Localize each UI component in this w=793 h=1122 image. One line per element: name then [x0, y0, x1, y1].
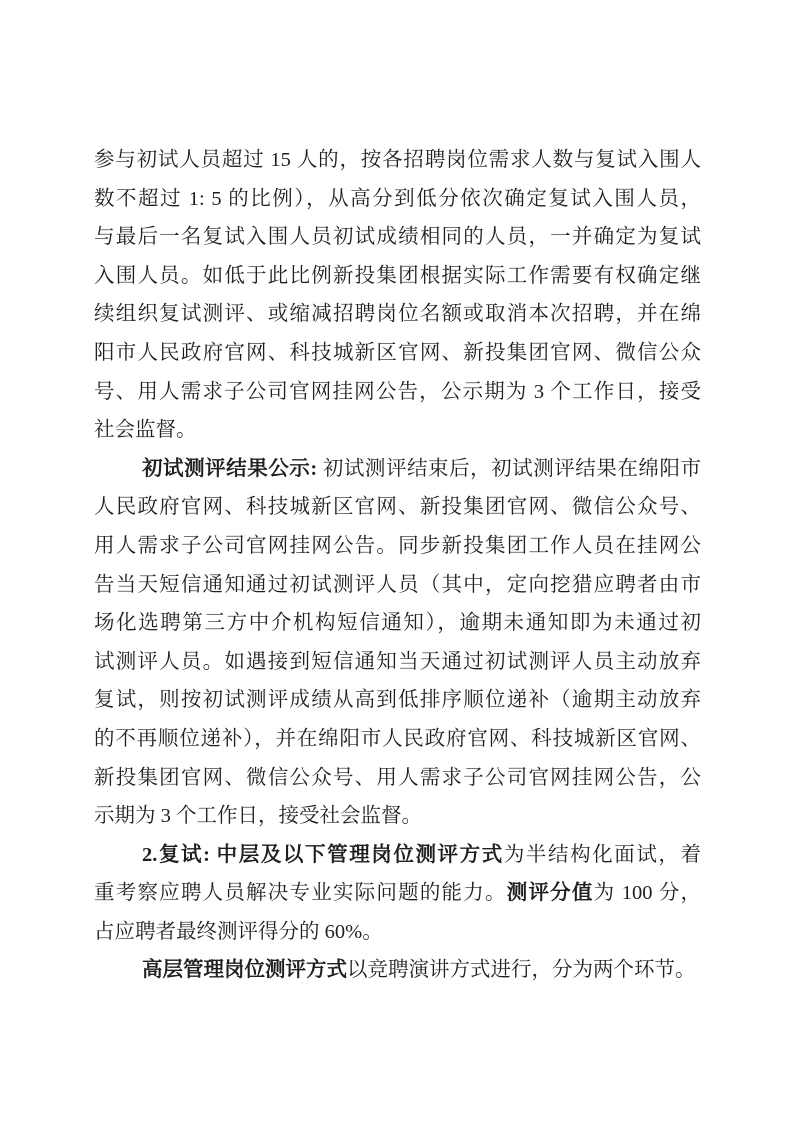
text-segment: 示期为 3 个工作日，接受社会监督。: [94, 805, 422, 827]
paragraph-4: 高层管理岗位测评方式以竞聘演讲方式进行，分为两个环节。: [94, 951, 701, 990]
text-line: 场化选聘第三方中介机构短信通知），逾期未通知即为未通过初: [94, 604, 701, 643]
text-line: 高层管理岗位测评方式以竞聘演讲方式进行，分为两个环节。: [94, 951, 701, 990]
text-segment: 试测评人员。如遇接到短信通知当天通过初试测评人员主动放弃: [94, 651, 701, 673]
text-segment: 用人需求子公司官网挂网公告。同步新投集团工作人员在挂网公: [94, 535, 701, 557]
text-line: 初试测评结果公示: 初试测评结束后，初试测评结果在绵阳市: [94, 450, 701, 489]
text-segment: 与最后一名复试入围人员初试成绩相同的人员，一并确定为复试: [94, 226, 701, 248]
text-segment: 的不再顺位递补），并在绵阳市人民政府官网、科技城新区官网、: [94, 728, 701, 750]
document-page: 参与初试人员超过 15 人的，按各招聘岗位需求人数与复试入围人数不超过 1: 5…: [0, 0, 793, 1122]
document-body: 参与初试人员超过 15 人的，按各招聘岗位需求人数与复试入围人数不超过 1: 5…: [94, 141, 701, 990]
text-segment: 号、用人需求子公司官网挂网公告，公示期为 3 个工作日，接受: [94, 381, 701, 403]
text-line: 续组织复试测评、或缩减招聘岗位名额或取消本次招聘，并在绵: [94, 295, 701, 334]
text-line: 入围人员。如低于此比例新投集团根据实际工作需要有权确定继: [94, 257, 701, 296]
text-segment: 人民政府官网、科技城新区官网、新投集团官网、微信公众号、: [94, 496, 701, 518]
text-line: 告当天短信通知通过初试测评人员（其中，定向挖猎应聘者由市: [94, 566, 701, 605]
text-line: 阳市人民政府官网、科技城新区官网、新投集团官网、微信公众: [94, 334, 701, 373]
text-line: 新投集团官网、微信公众号、用人需求子公司官网挂网公告，公: [94, 759, 701, 798]
text-segment: 为半结构化面试，着: [504, 844, 701, 866]
paragraph-3: 2.复试: 中层及以下管理岗位测评方式为半结构化面试，着重考察应聘人员解决专业实…: [94, 836, 701, 952]
text-line: 数不超过 1: 5 的比例），从高分到低分依次确定复试入围人员，: [94, 180, 701, 219]
text-line: 社会监督。: [94, 411, 701, 450]
text-segment: 初试测评结束后，初试测评结果在绵阳市: [317, 458, 701, 480]
text-segment: 参与初试人员超过 15 人的，按各招聘岗位需求人数与复试入围人: [94, 149, 701, 171]
text-segment: 为 100 分，: [594, 882, 701, 904]
text-segment: 续组织复试测评、或缩减招聘岗位名额或取消本次招聘，并在绵: [94, 303, 701, 325]
text-segment: 占应聘者最终测评得分的 60%。: [94, 921, 383, 943]
text-line: 示期为 3 个工作日，接受社会监督。: [94, 797, 701, 836]
paragraph-2: 初试测评结果公示: 初试测评结束后，初试测评结果在绵阳市人民政府官网、科技城新区…: [94, 450, 701, 836]
text-segment: 社会监督。: [94, 419, 197, 441]
text-segment: 复试，则按初试测评成绩从高到低排序顺位递补（逾期主动放弃: [94, 689, 701, 711]
text-line: 2.复试: 中层及以下管理岗位测评方式为半结构化面试，着: [94, 836, 701, 875]
text-segment: 以竞聘演讲方式进行，分为两个环节。: [347, 959, 696, 981]
text-line: 占应聘者最终测评得分的 60%。: [94, 913, 701, 952]
text-line: 试测评人员。如遇接到短信通知当天通过初试测评人员主动放弃: [94, 643, 701, 682]
text-segment: 场化选聘第三方中介机构短信通知），逾期未通知即为未通过初: [94, 612, 701, 634]
bold-text-segment: 初试测评结果公示:: [142, 458, 317, 480]
text-line: 重考察应聘人员解决专业实际问题的能力。测评分值为 100 分，: [94, 874, 701, 913]
text-line: 人民政府官网、科技城新区官网、新投集团官网、微信公众号、: [94, 488, 701, 527]
text-line: 与最后一名复试入围人员初试成绩相同的人员，一并确定为复试: [94, 218, 701, 257]
text-segment: 阳市人民政府官网、科技城新区官网、新投集团官网、微信公众: [94, 342, 701, 364]
text-segment: 告当天短信通知通过初试测评人员（其中，定向挖猎应聘者由市: [94, 574, 701, 596]
paragraph-1: 参与初试人员超过 15 人的，按各招聘岗位需求人数与复试入围人数不超过 1: 5…: [94, 141, 701, 450]
text-segment: 重考察应聘人员解决专业实际问题的能力。: [94, 882, 507, 904]
text-segment: 数不超过 1: 5 的比例），从高分到低分依次确定复试入围人员，: [94, 188, 701, 210]
text-segment: 入围人员。如低于此比例新投集团根据实际工作需要有权确定继: [94, 265, 701, 287]
bold-text-segment: 高层管理岗位测评方式: [142, 959, 347, 981]
text-line: 参与初试人员超过 15 人的，按各招聘岗位需求人数与复试入围人: [94, 141, 701, 180]
bold-text-segment: 测评分值: [507, 882, 594, 904]
text-line: 的不再顺位递补），并在绵阳市人民政府官网、科技城新区官网、: [94, 720, 701, 759]
text-line: 号、用人需求子公司官网挂网公告，公示期为 3 个工作日，接受: [94, 373, 701, 412]
text-line: 复试，则按初试测评成绩从高到低排序顺位递补（逾期主动放弃: [94, 681, 701, 720]
text-segment: 新投集团官网、微信公众号、用人需求子公司官网挂网公告，公: [94, 767, 701, 789]
bold-text-segment: 2.复试: 中层及以下管理岗位测评方式: [142, 844, 504, 866]
text-line: 用人需求子公司官网挂网公告。同步新投集团工作人员在挂网公: [94, 527, 701, 566]
